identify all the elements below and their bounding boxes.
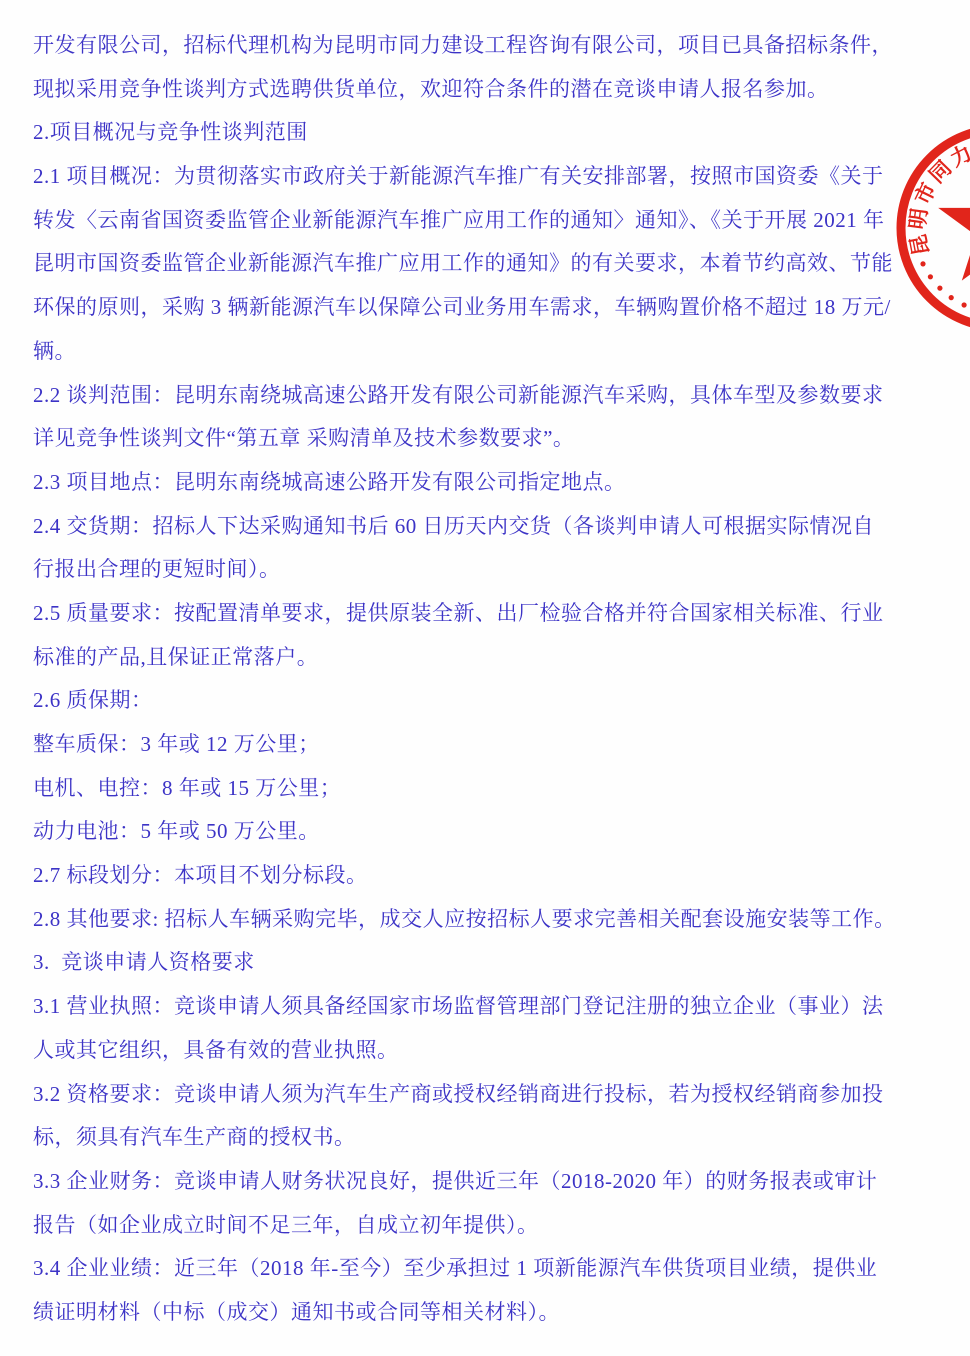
text-line: 开发有限公司，招标代理机构为昆明市同力建设工程咨询有限公司，项目已具备招标条件， xyxy=(33,24,913,68)
text-line: 3.3 企业财务：竞谈申请人财务状况良好，提供近三年（2018-2020 年）的… xyxy=(33,1160,913,1204)
text-line: 3.1 营业执照：竞谈申请人须具备经国家市场监督管理部门登记注册的独立企业（事业… xyxy=(33,985,913,1029)
text-line: 3.2 资格要求：竞谈申请人须为汽车生产商或授权经销商进行投标，若为授权经销商参… xyxy=(33,1073,913,1117)
text-line: 转发〈云南省国资委监管企业新能源汽车推广应用工作的通知〉通知》、《关于开展 20… xyxy=(33,199,913,243)
text-line: 辆。 xyxy=(33,330,913,374)
text-line: 2.3 项目地点：昆明东南绕城高速公路开发有限公司指定地点。 xyxy=(33,461,913,505)
text-line: 2.4 交货期：招标人下达采购通知书后 60 日历天内交货（各谈判申请人可根据实… xyxy=(33,505,913,549)
text-line: 昆明市国资委监管企业新能源汽车推广应用工作的通知》的有关要求，本着节约高效、节能 xyxy=(33,242,913,286)
text-line: 报告（如企业成立时间不足三年，自成立初年提供）。 xyxy=(33,1204,913,1248)
document-body: 开发有限公司，招标代理机构为昆明市同力建设工程咨询有限公司，项目已具备招标条件，… xyxy=(33,24,913,1335)
section-heading: 2.项目概况与竞争性谈判范围 xyxy=(33,111,913,155)
text-line: 行报出合理的更短时间）。 xyxy=(33,548,913,592)
text-line: 3.4 企业业绩：近三年（2018 年-至今）至少承担过 1 项新能源汽车供货项… xyxy=(33,1247,913,1291)
text-line: 标准的产品,且保证正常落户。 xyxy=(33,636,913,680)
seal-serial-dots xyxy=(920,261,970,315)
text-line: 详见竞争性谈判文件“第五章 采购清单及技术参数要求”。 xyxy=(33,417,913,461)
section-heading: 3. 竞谈申请人资格要求 xyxy=(33,941,913,985)
text-line: 整车质保：3 年或 12 万公里； xyxy=(33,723,913,767)
text-line: 电机、电控：8 年或 15 万公里； xyxy=(33,767,913,811)
text-line: 环保的原则，采购 3 辆新能源汽车以保障公司业务用车需求，车辆购置价格不超过 1… xyxy=(33,286,913,330)
text-line: 2.1 项目概况：为贯彻落实市政府关于新能源汽车推广有关安排部署，按照市国资委《… xyxy=(33,155,913,199)
text-line: 现拟采用竞争性谈判方式选聘供货单位，欢迎符合条件的潜在竞谈申请人报名参加。 xyxy=(33,68,913,112)
text-line: 2.6 质保期： xyxy=(33,679,913,723)
text-line: 2.7 标段划分：本项目不划分标段。 xyxy=(33,854,913,898)
text-line: 2.8 其他要求: 招标人车辆采购完毕，成交人应按招标人要求完善相关配套设施安装… xyxy=(33,898,913,942)
text-line: 人或其它组织，具备有效的营业执照。 xyxy=(33,1029,913,1073)
text-line: 标，须具有汽车生产商的授权书。 xyxy=(33,1116,913,1160)
seal-star-icon xyxy=(938,163,970,281)
text-line: 绩证明材料（中标（成交）通知书或合同等相关材料）。 xyxy=(33,1291,913,1335)
text-line: 2.5 质量要求：按配置清单要求，提供原装全新、出厂检验合格并符合国家相关标准、… xyxy=(33,592,913,636)
document-page: 开发有限公司，招标代理机构为昆明市同力建设工程咨询有限公司，项目已具备招标条件，… xyxy=(0,0,970,1356)
text-line: 动力电池：5 年或 50 万公里。 xyxy=(33,810,913,854)
text-line: 2.2 谈判范围：昆明东南绕城高速公路开发有限公司新能源汽车采购，具体车型及参数… xyxy=(33,374,913,418)
